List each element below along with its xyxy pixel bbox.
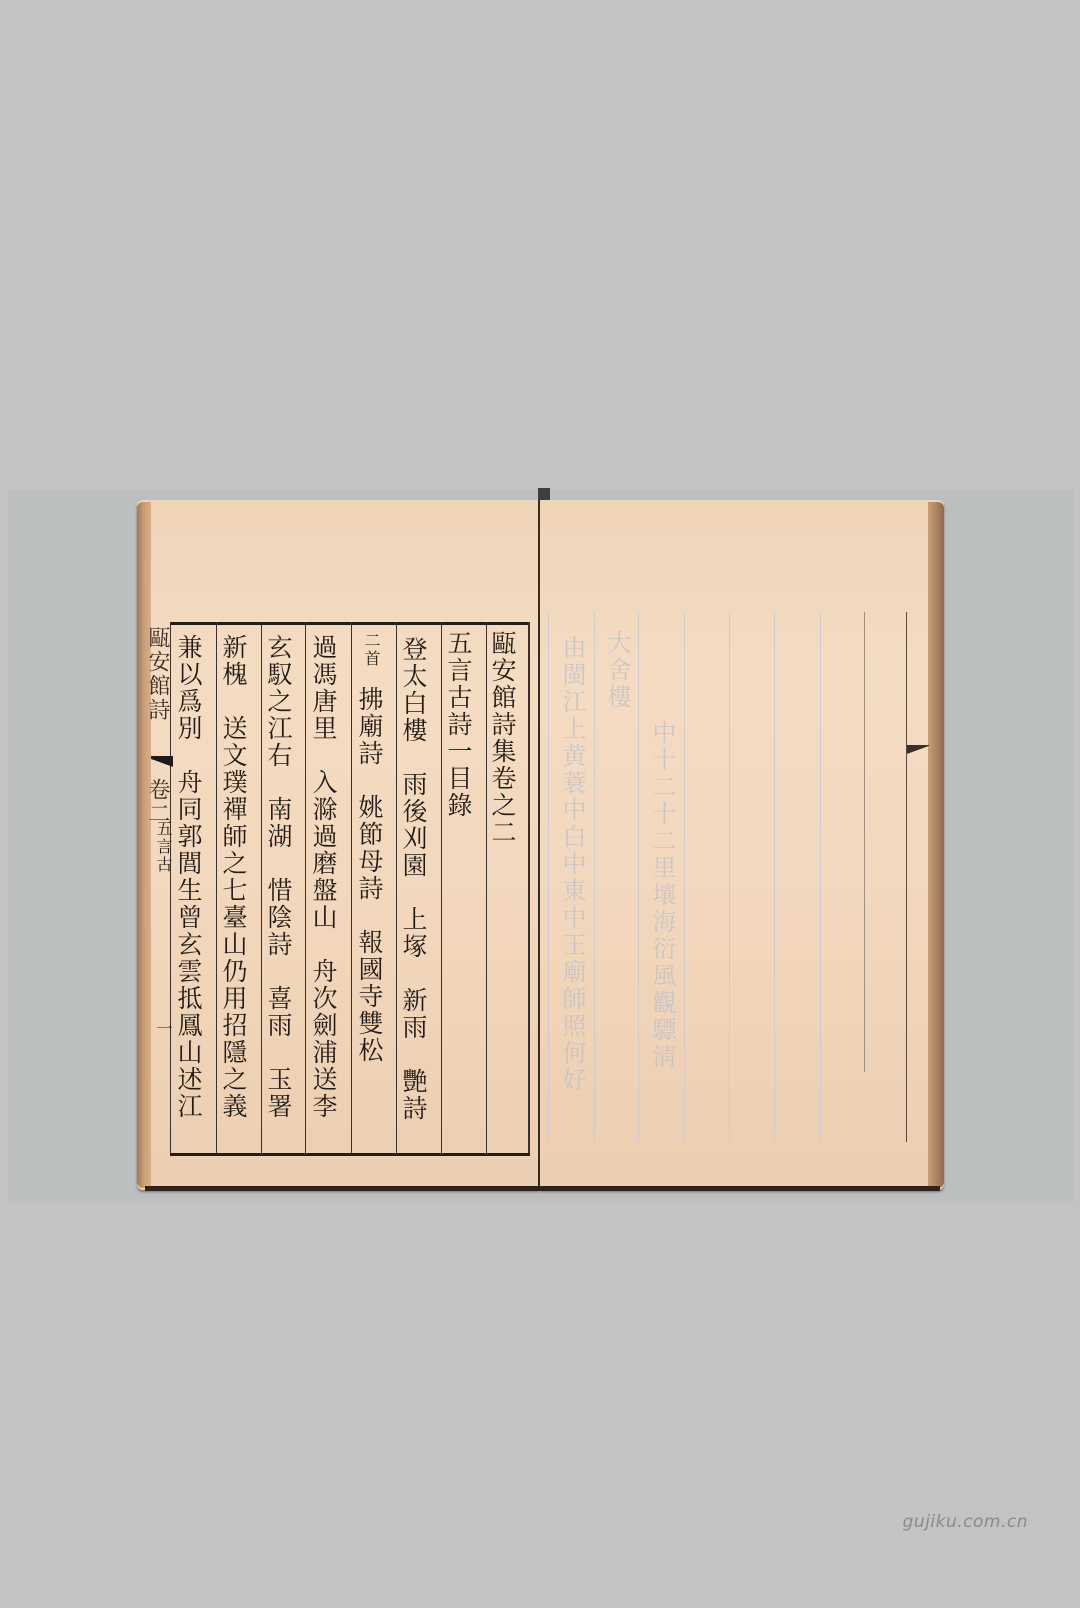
book-bottom-shadow	[145, 1186, 940, 1191]
right-page-edge	[928, 502, 944, 1188]
frame-right-rule	[528, 622, 530, 1153]
spine-section: 五言古	[155, 820, 171, 874]
toc-column: 拂廟詩 姚節母詩 報國寺雙松	[357, 686, 382, 1064]
book-gutter	[538, 500, 540, 1190]
ghost-rule	[820, 612, 821, 1142]
right-page	[540, 500, 944, 1190]
ghost-text: 大舍樓	[600, 630, 635, 711]
ghost-rule	[594, 612, 595, 1142]
left-page-edge	[137, 502, 151, 1188]
ghost-rule	[684, 612, 685, 1142]
column-rule	[216, 622, 217, 1153]
right-frame-rule	[906, 612, 907, 1142]
ghost-rule	[638, 612, 639, 1142]
book-header: 甌安館詩集卷之二	[490, 630, 515, 846]
toc-column: 新槐 送文璞禪師之七臺山仍用招隱之義	[221, 634, 246, 1120]
toc-column: 玄馭之江右 南湖 惜陰詩 喜雨 玉署	[266, 634, 291, 1120]
toc-column: 登太白樓 雨後刈園 上塚 新雨 艷詩	[401, 636, 426, 1122]
column-rule	[486, 622, 487, 1153]
ghost-rule	[548, 612, 549, 1142]
fish-tail-mark	[907, 745, 929, 759]
book-subheader: 五言古詩一目錄	[446, 630, 471, 819]
right-frame-rule	[864, 612, 865, 1072]
spine-title: 甌安館詩	[146, 626, 168, 722]
spine-volume: 卷二	[146, 778, 168, 826]
ghost-rule	[729, 612, 730, 1142]
column-rule	[441, 622, 442, 1153]
ghost-rule	[774, 612, 775, 1142]
spine-page-number: 一	[155, 1020, 171, 1038]
column-rule	[396, 622, 397, 1153]
toc-column: 過馮唐里 入滁過磨盤山 舟次劍浦送李	[311, 634, 336, 1120]
ghost-text: 中十二十二里壤海衍風觀驃淸	[645, 720, 680, 1071]
watermark: gujiku.com.cn	[903, 1512, 1028, 1532]
column-rule	[170, 622, 171, 1153]
column-rule	[305, 622, 306, 1153]
ghost-text: 由閩江上黄蓑中白中東中王廟師照何好	[555, 635, 590, 1094]
column-rule	[261, 622, 262, 1153]
fish-tail-mark	[151, 756, 173, 772]
toc-column: 兼以爲別 舟同郭閭生曾玄雲抵鳳山述江	[176, 634, 201, 1120]
column-rule	[351, 622, 352, 1153]
toc-column-note: 二首	[363, 632, 379, 668]
